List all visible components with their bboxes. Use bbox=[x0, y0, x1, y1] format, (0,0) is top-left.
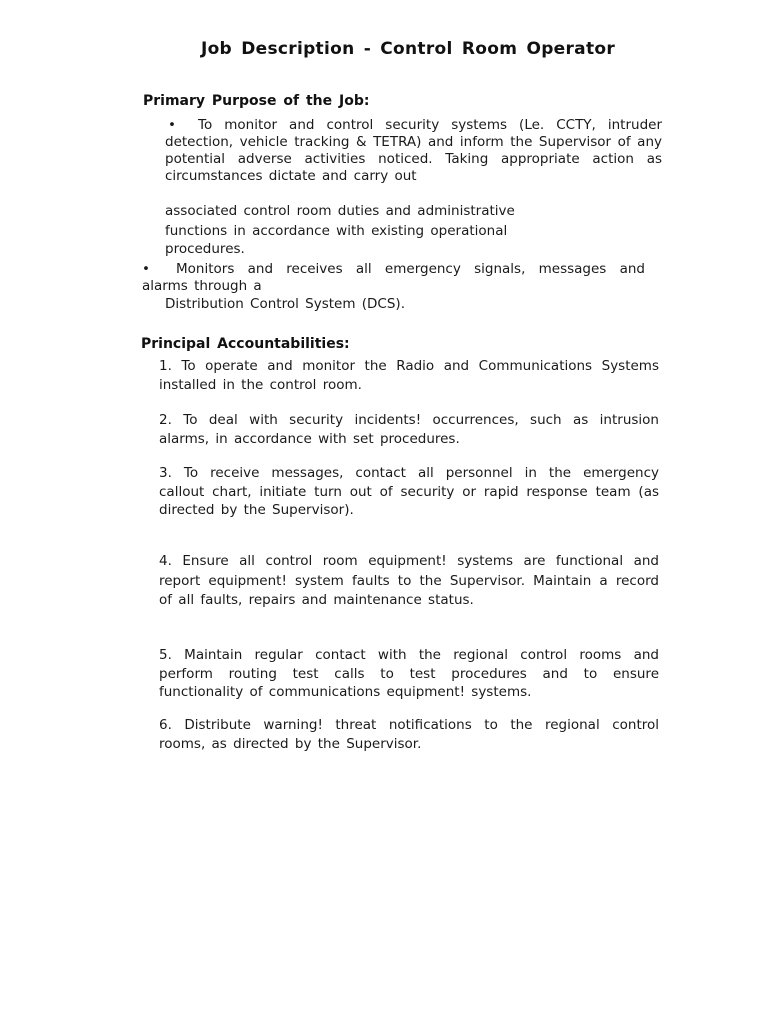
accountability-item: 2. To deal with security incidents! occu… bbox=[159, 411, 659, 448]
accountability-item: 5. Maintain regular contact with the reg… bbox=[159, 646, 659, 702]
purpose-bullet-1-line-3: functions in accordance with existing op… bbox=[165, 223, 507, 239]
purpose-bullet-2-line-2: Distribution Control System (DCS). bbox=[165, 296, 405, 312]
document-page: Job Description - Control Room Operator … bbox=[0, 0, 768, 1024]
purpose-bullet-2-text: Monitors and receives all emergency sign… bbox=[142, 261, 645, 294]
principal-accountabilities-heading: Principal Accountabilities: bbox=[141, 336, 350, 352]
bullet-icon: • bbox=[165, 117, 198, 134]
purpose-bullet-1-line-4: procedures. bbox=[165, 241, 245, 257]
accountability-item: 3. To receive messages, contact all pers… bbox=[159, 464, 659, 520]
purpose-bullet-2: •Monitors and receives all emergency sig… bbox=[142, 261, 645, 295]
purpose-bullet-1-text: To monitor and control security systems … bbox=[165, 117, 662, 184]
accountability-item: 4. Ensure all control room equipment! sy… bbox=[159, 552, 659, 611]
purpose-bullet-1: •To monitor and control security systems… bbox=[165, 117, 662, 185]
purpose-bullet-1-line-2: associated control room duties and admin… bbox=[165, 203, 515, 219]
primary-purpose-heading: Primary Purpose of the Job: bbox=[143, 93, 369, 109]
accountability-item: 6. Distribute warning! threat notificati… bbox=[159, 716, 659, 753]
bullet-icon: • bbox=[142, 261, 176, 278]
accountability-item: 1. To operate and monitor the Radio and … bbox=[159, 357, 659, 394]
document-title: Job Description - Control Room Operator bbox=[0, 39, 768, 59]
